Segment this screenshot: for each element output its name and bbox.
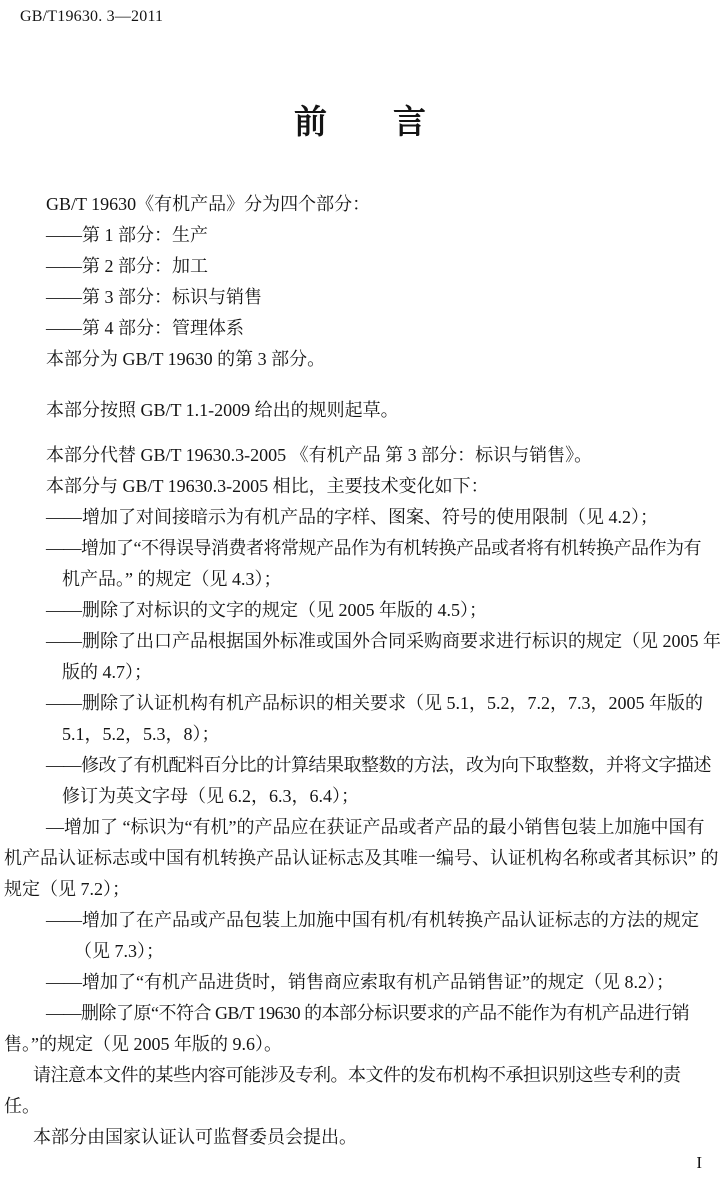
document-body: GB/T 19630《有机产品》分为四个部分： ——第 1 部分：生产 ——第 … [0,189,720,1153]
body-line: GB/T 19630《有机产品》分为四个部分： [46,189,720,220]
body-line: ——增加了在产品或产品包装上加施中国有机/有机转换产品认证标志的方法的规定 [46,905,720,936]
body-line: ——修改了有机配料百分比的计算结果取整数的方法，改为向下取整数，并将文字描述 [46,750,720,781]
body-line: ——删除了对标识的文字的规定（见 2005 年版的 4.5）； [46,595,720,626]
body-line: 5.1，5.2，5.3，8）； [62,719,720,750]
body-line: 本部分与 GB/T 19630.3-2005 相比，主要技术变化如下： [46,471,720,502]
body-line: ——第 3 部分：标识与销售 [46,282,720,313]
body-line: ——第 2 部分：加工 [46,251,720,282]
body-line: 请注意本文件的某些内容可能涉及专利。本文件的发布机构不承担识别这些专利的责 [33,1060,720,1091]
body-line: ——删除了原“不符合 GB/T 19630 的本部分标识要求的产品不能作为有机产… [46,998,720,1029]
page-title: 前 言 [0,100,720,146]
body-line: 本部分由国家认证认可监督委员会提出。 [33,1122,720,1153]
paragraph-gap [0,426,720,440]
body-line: ——删除了出口产品根据国外标准或国外合同采购商要求进行标识的规定（见 2005 … [46,626,720,657]
body-line: 机产品。” 的规定（见 4.3）； [62,564,720,595]
body-line: 本部分代替 GB/T 19630.3-2005 《有机产品 第 3 部分：标识与… [46,440,720,471]
body-line: ——增加了对间接暗示为有机产品的字样、图案、符号的使用限制（见 4.2）； [46,502,720,533]
body-line: 本部分为 GB/T 19630 的第 3 部分。 [46,344,720,375]
body-line: —增加了 “标识为“有机”的产品应在获证产品或者产品的最小销售包装上加施中国有 [46,812,720,843]
body-line: ——第 4 部分：管理体系 [46,313,720,344]
body-line: ——第 1 部分：生产 [46,220,720,251]
body-line: 售。”的规定（见 2005 年版的 9.6）。 [4,1029,720,1060]
body-line: （见 7.3）； [74,936,720,967]
body-line: ——删除了认证机构有机产品标识的相关要求（见 5.1，5.2，7.2，7.3，2… [46,688,720,719]
body-line: 任。 [4,1091,720,1122]
standard-code: GB/T19630. 3—2011 [20,6,163,28]
body-line: ——增加了“有机产品进货时，销售商应索取有机产品销售证”的规定（见 8.2）； [46,967,720,998]
body-line: ——增加了“不得误导消费者将常规产品作为有机转换产品或者将有机转换产品作为有 [46,533,720,564]
body-line: 版的 4.7）； [62,657,720,688]
body-line: 机产品认证标志或中国有机转换产品认证标志及其唯一编号、认证机构名称或者其标识” … [4,843,720,874]
paragraph-gap [0,375,720,395]
body-line: 本部分按照 GB/T 1.1-2009 给出的规则起草。 [46,395,720,426]
document-page: GB/T19630. 3—2011 前 言 GB/T 19630《有机产品》分为… [0,0,720,1181]
body-line: 修订为英文字母（见 6.2，6.3，6.4）； [62,781,720,812]
body-line: 规定（见 7.2）； [4,874,720,905]
page-number: I [696,1152,702,1174]
